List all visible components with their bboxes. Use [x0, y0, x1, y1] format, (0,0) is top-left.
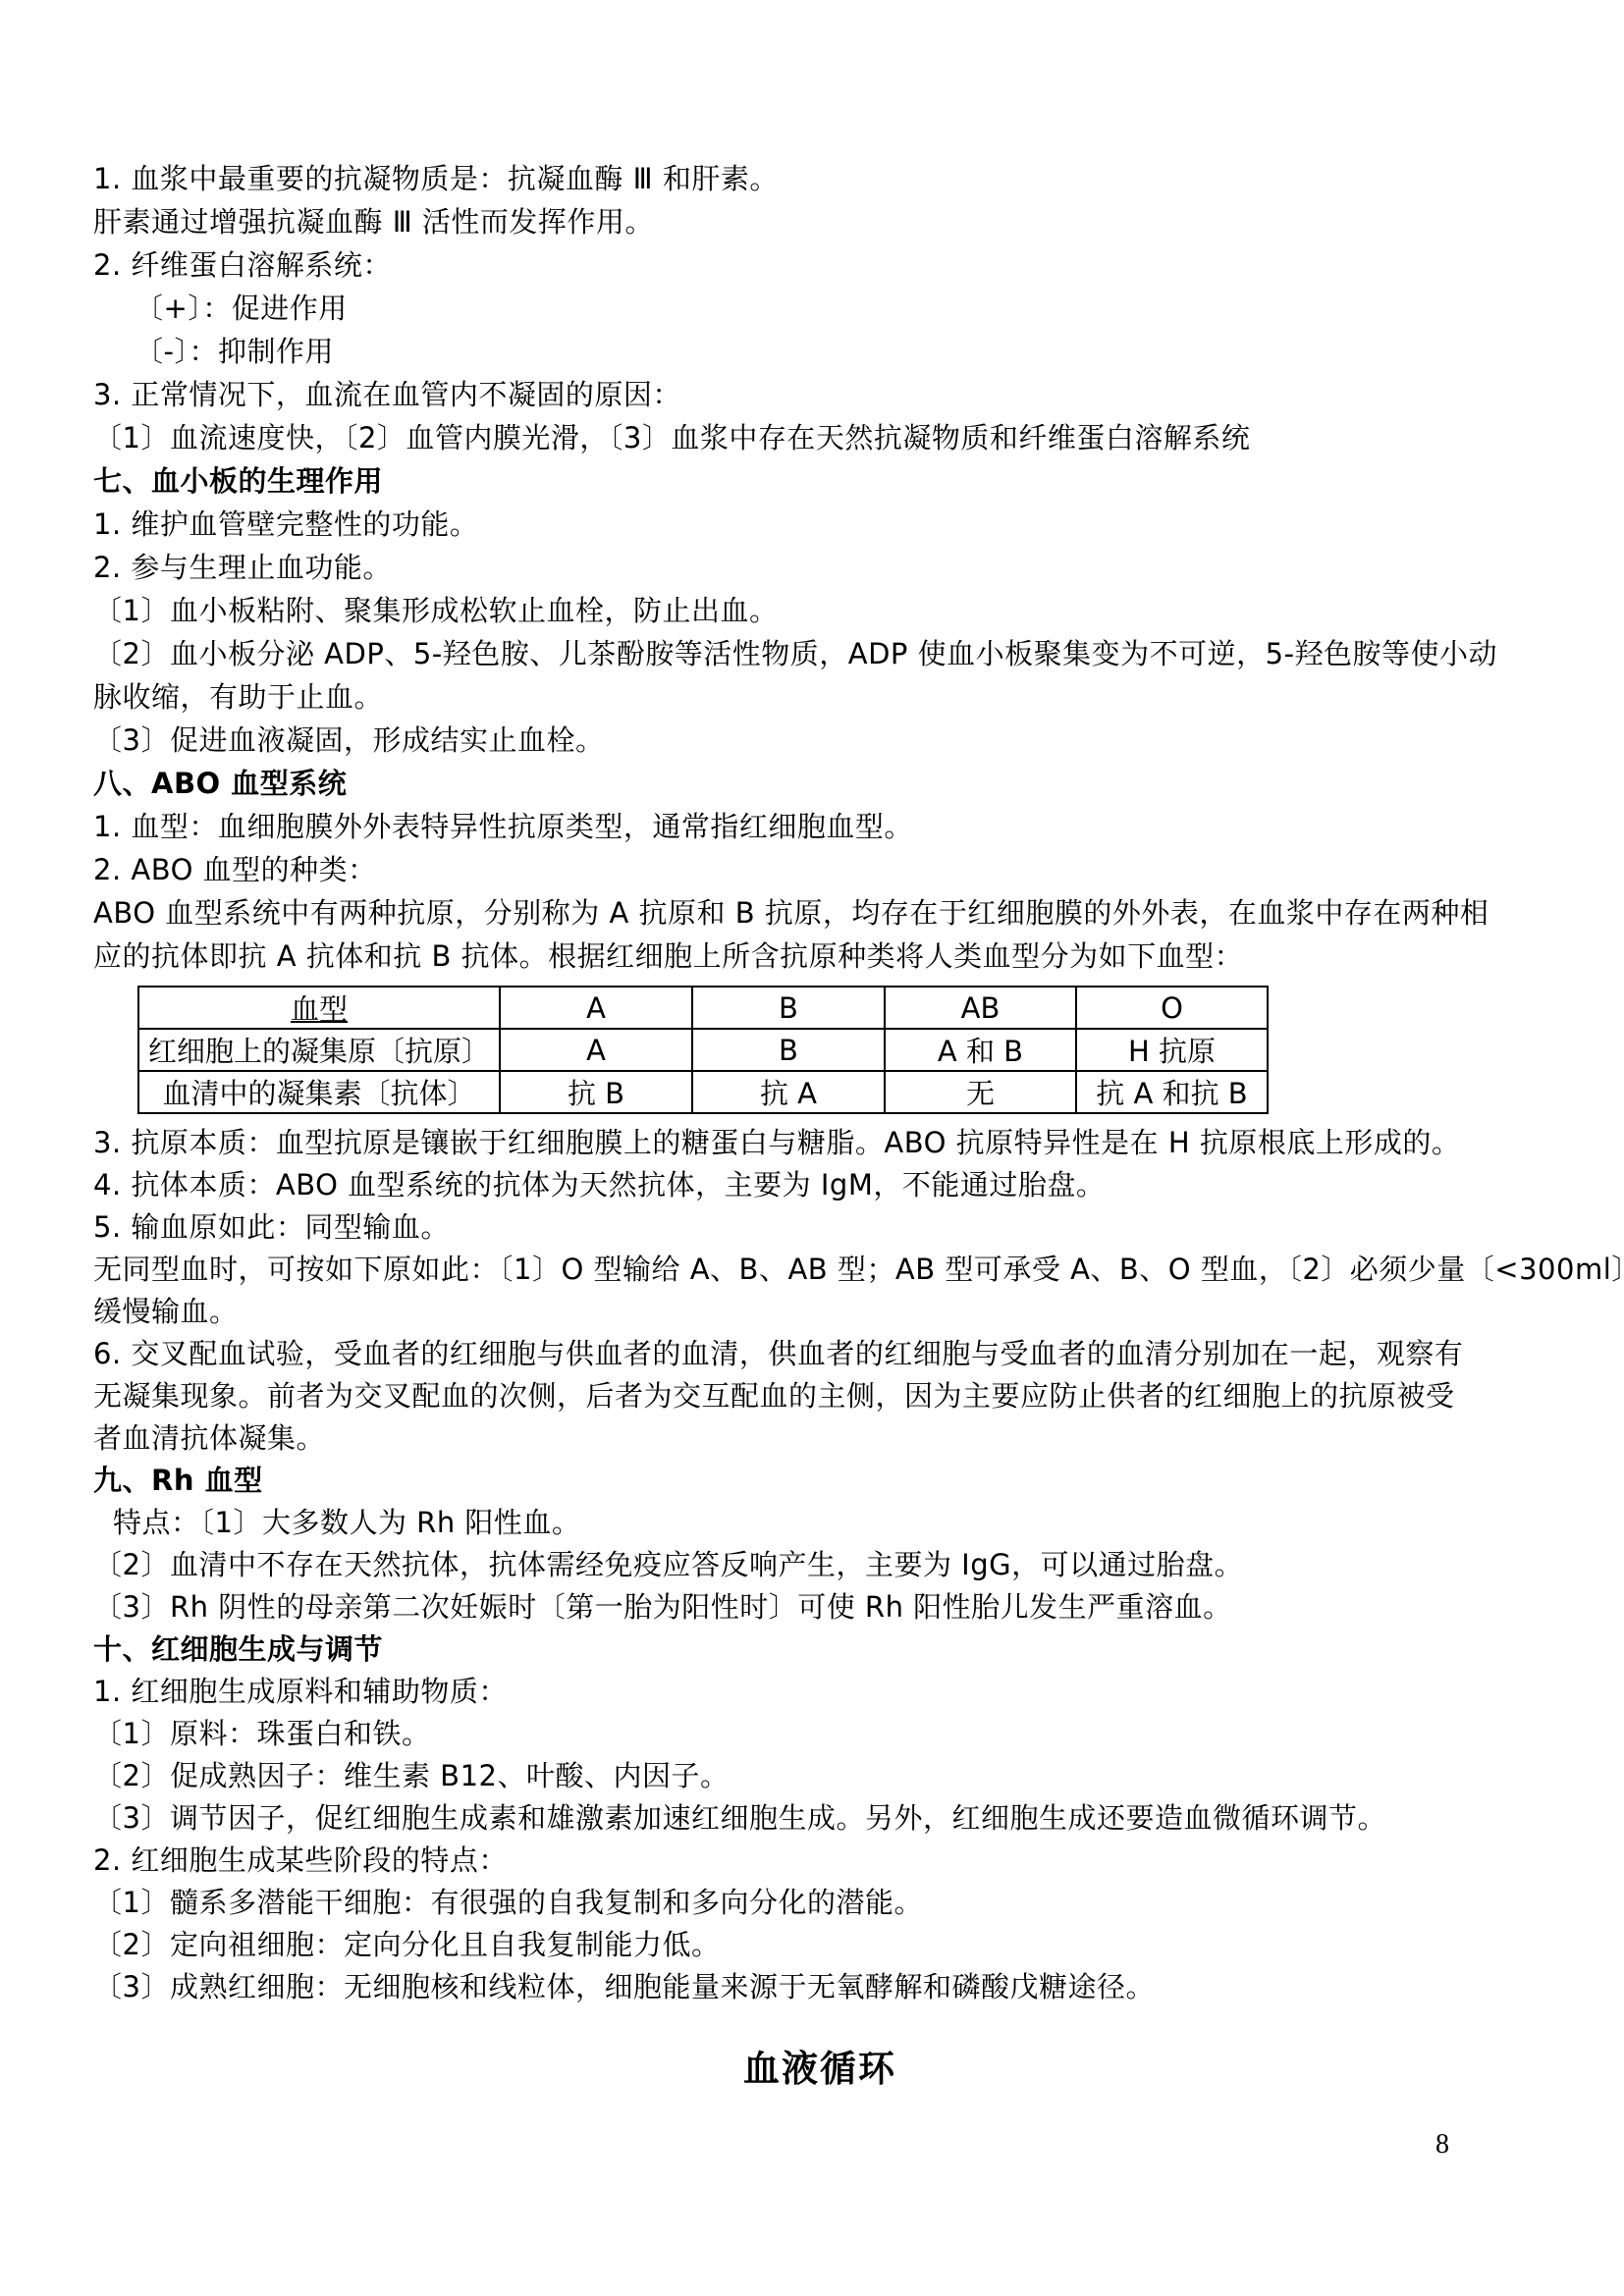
table-cell: 无: [885, 1071, 1076, 1113]
text-line: 者血清抗体凝集。: [93, 1417, 1546, 1460]
text-line: 〔1〕血流速度快，〔2〕血管内膜光滑，〔3〕血浆中存在天然抗凝物质和纤维蛋白溶解…: [93, 416, 1546, 459]
section-heading: 九、Rh 血型: [93, 1460, 1546, 1502]
text-line: 3. 抗原本质：血型抗原是镶嵌于红细胞膜上的糖蛋白与糖脂。ABO 抗原特异性是在…: [93, 1122, 1546, 1164]
text-line: 2. ABO 血型的种类：: [93, 848, 1546, 891]
abo-blood-type-table: 血型 A B AB O 红细胞上的凝集原〔抗原〕 A B A 和 B H 抗原 …: [137, 986, 1269, 1114]
table-cell: 血清中的凝集素〔抗体〕: [138, 1071, 500, 1113]
text-line: 〔+〕：促进作用: [93, 287, 1546, 330]
text-line: 1. 血浆中最重要的抗凝物质是：抗凝血酶 Ⅲ 和肝素。: [93, 157, 1546, 200]
table-cell: H 抗原: [1076, 1029, 1268, 1071]
table-cell: 血型: [138, 987, 500, 1029]
text-line: 〔1〕原料：珠蛋白和铁。: [93, 1713, 1546, 1755]
text-line: 〔3〕促进血液凝固，形成结实止血栓。: [93, 719, 1546, 762]
text-line: ABO 血型系统中有两种抗原，分别称为 A 抗原和 B 抗原，均存在于红细胞膜的…: [93, 891, 1546, 934]
table-cell: B: [692, 987, 885, 1029]
text-line: 5. 输血原如此：同型输血。: [93, 1206, 1546, 1249]
table-cell: 抗 A 和抗 B: [1076, 1071, 1268, 1113]
chapter-title: 血液循环: [93, 2044, 1546, 2095]
document-page: 1. 血浆中最重要的抗凝物质是：抗凝血酶 Ⅲ 和肝素。 肝素通过增强抗凝血酶 Ⅲ…: [0, 0, 1624, 2296]
text-line: 〔2〕促成熟因子：维生素 B12、叶酸、内因子。: [93, 1755, 1546, 1797]
text-line: 2. 纤维蛋白溶解系统：: [93, 243, 1546, 287]
text-line: 4. 抗体本质：ABO 血型系统的抗体为天然抗体，主要为 IgM，不能通过胎盘。: [93, 1164, 1546, 1206]
table-cell: A: [500, 987, 692, 1029]
table-cell: A: [500, 1029, 692, 1071]
table-cell: 抗 A: [692, 1071, 885, 1113]
table-cell: AB: [885, 987, 1076, 1029]
paragraph-block: 3. 抗原本质：血型抗原是镶嵌于红细胞膜上的糖蛋白与糖脂。ABO 抗原特异性是在…: [93, 1122, 1546, 2008]
text-line: 特点：〔1〕大多数人为 Rh 阳性血。: [93, 1502, 1546, 1544]
text-line: 〔-〕：抑制作用: [93, 330, 1546, 373]
text-line: 脉收缩，有助于止血。: [93, 675, 1546, 719]
text-line: 〔3〕调节因子，促红细胞生成素和雄激素加速红细胞生成。另外，红细胞生成还要造血微…: [93, 1797, 1546, 1840]
table-cell: O: [1076, 987, 1268, 1029]
table-row: 红细胞上的凝集原〔抗原〕 A B A 和 B H 抗原: [138, 1029, 1268, 1071]
section-heading: 七、血小板的生理作用: [93, 459, 1546, 503]
section-heading: 十、红细胞生成与调节: [93, 1629, 1546, 1671]
table-cell: A 和 B: [885, 1029, 1076, 1071]
text-line: 1. 维护血管壁完整性的功能。: [93, 503, 1546, 546]
text-line: 〔1〕血小板粘附、聚集形成松软止血栓，防止出血。: [93, 589, 1546, 632]
text-line: 缓慢输血。: [93, 1291, 1546, 1333]
text-line: 3. 正常情况下，血流在血管内不凝固的原因：: [93, 373, 1546, 416]
table-header-row: 血型 A B AB O: [138, 987, 1268, 1029]
text-line: 1. 血型：血细胞膜外外表特异性抗原类型，通常指红细胞血型。: [93, 805, 1546, 848]
body-text: 1. 血浆中最重要的抗凝物质是：抗凝血酶 Ⅲ 和肝素。 肝素通过增强抗凝血酶 Ⅲ…: [93, 157, 1546, 2095]
text-line: 〔3〕成熟红细胞：无细胞核和线粒体，细胞能量来源于无氧酵解和磷酸戊糖途径。: [93, 1966, 1546, 2008]
text-line: 〔1〕髓系多潜能干细胞：有很强的自我复制和多向分化的潜能。: [93, 1882, 1546, 1924]
text-line: 2. 红细胞生成某些阶段的特点：: [93, 1840, 1546, 1882]
text-line: 〔2〕血小板分泌 ADP、5-羟色胺、儿茶酚胺等活性物质，ADP 使血小板聚集变…: [93, 632, 1546, 675]
text-line: 〔3〕Rh 阴性的母亲第二次妊娠时〔第一胎为阳性时〕可使 Rh 阳性胎儿发生严重…: [93, 1586, 1546, 1629]
table-cell: 抗 B: [500, 1071, 692, 1113]
page-number: 8: [1435, 2128, 1449, 2162]
paragraph-block: 1. 血浆中最重要的抗凝物质是：抗凝血酶 Ⅲ 和肝素。 肝素通过增强抗凝血酶 Ⅲ…: [93, 157, 1546, 978]
table-cell: 红细胞上的凝集原〔抗原〕: [138, 1029, 500, 1071]
text-line: 〔2〕血清中不存在天然抗体，抗体需经免疫应答反响产生，主要为 IgG，可以通过胎…: [93, 1544, 1546, 1586]
text-line: 应的抗体即抗 A 抗体和抗 B 抗体。根据红细胞上所含抗原种类将人类血型分为如下…: [93, 934, 1546, 978]
text-line: 2. 参与生理止血功能。: [93, 546, 1546, 589]
text-line: 〔2〕定向祖细胞：定向分化且自我复制能力低。: [93, 1924, 1546, 1966]
text-line: 无同型血时，可按如下原如此：〔1〕O 型输给 A、B、AB 型；AB 型可承受 …: [93, 1249, 1546, 1291]
text-line: 6. 交叉配血试验，受血者的红细胞与供血者的血清，供血者的红细胞与受血者的血清分…: [93, 1333, 1546, 1375]
section-heading: 八、ABO 血型系统: [93, 762, 1546, 805]
table-cell: B: [692, 1029, 885, 1071]
text-line: 肝素通过增强抗凝血酶 Ⅲ 活性而发挥作用。: [93, 200, 1546, 243]
table-row: 血清中的凝集素〔抗体〕 抗 B 抗 A 无 抗 A 和抗 B: [138, 1071, 1268, 1113]
text-line: 1. 红细胞生成原料和辅助物质：: [93, 1671, 1546, 1713]
text-line: 无凝集现象。前者为交叉配血的次侧，后者为交互配血的主侧，因为主要应防止供者的红细…: [93, 1375, 1546, 1417]
